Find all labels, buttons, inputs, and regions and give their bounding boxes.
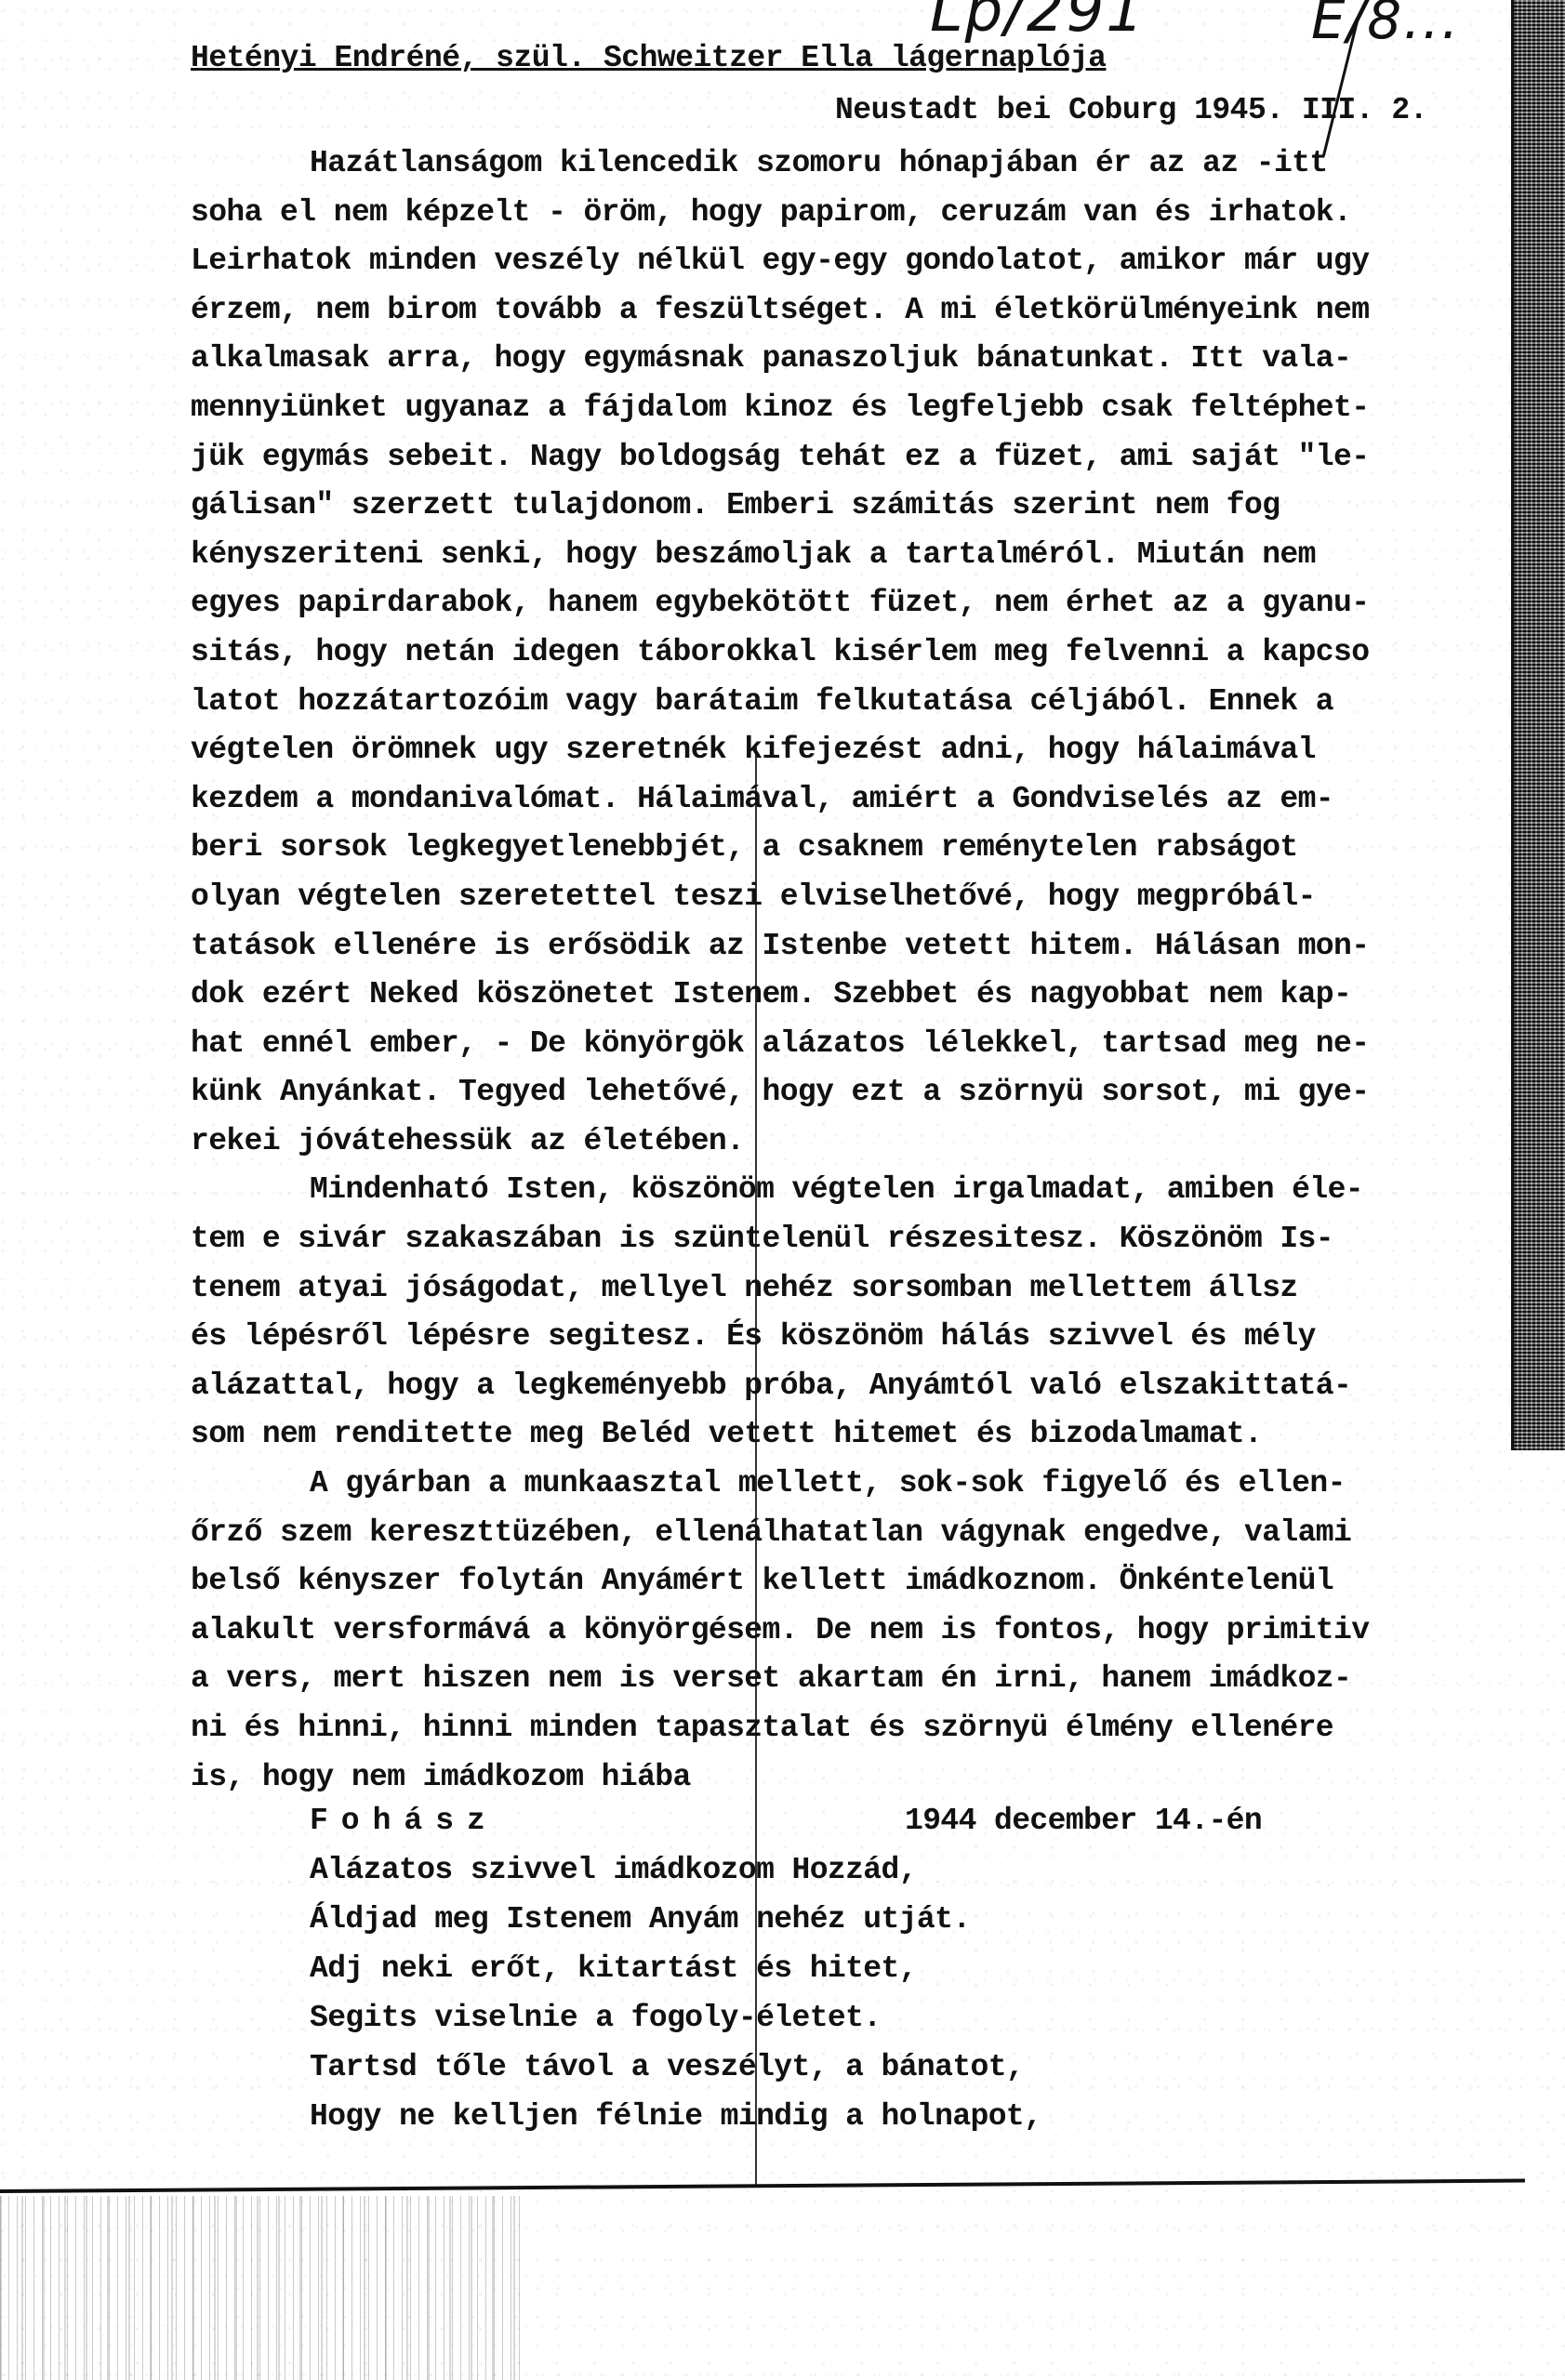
scanned-page: Lp/291 E/8... Hetényi Endréné, szül. Sch… xyxy=(0,0,1565,2380)
text-line: Leirhatok minden veszély nélkül egy-egy … xyxy=(191,237,1511,286)
poem: Fohász 1944 december 14.-én Alázatos szi… xyxy=(310,1796,1426,2141)
text-line: és lépésről lépésre segitesz. És köszönö… xyxy=(191,1313,1511,1362)
text-line: egyes papirdarabok, hanem egybekötött fü… xyxy=(191,579,1511,628)
text-line: latot hozzátartozóim vagy barátaim felku… xyxy=(191,678,1511,727)
text-line: alázattal, hogy a legkeményebb próba, An… xyxy=(191,1362,1511,1411)
poem-line: Tartsd tőle távol a veszélyt, a bánatot, xyxy=(310,2043,1426,2092)
text-line: jük egymás sebeit. Nagy boldogság tehát … xyxy=(191,433,1511,483)
text-line: tem e sivár szakaszában is szüntelenül r… xyxy=(191,1215,1511,1264)
scan-border-strip xyxy=(1511,0,1565,1450)
poem-line: Hogy ne kelljen félnie mindig a holnapot… xyxy=(310,2092,1426,2141)
place-date: Neustadt bei Coburg 1945. III. 2. xyxy=(835,93,1427,127)
text-line: mennyiünket ugyanaz a fájdalom kinoz és … xyxy=(191,384,1511,433)
text-line: alakult versformává a könyörgésem. De ne… xyxy=(191,1606,1511,1656)
text-line: künk Anyánkat. Tegyed lehetővé, hogy ezt… xyxy=(191,1068,1511,1117)
text-line: A gyárban a munkaasztal mellett, sok-sok… xyxy=(191,1460,1511,1509)
poem-header: Fohász 1944 december 14.-én xyxy=(310,1796,1426,1845)
text-line: olyan végtelen szeretettel teszi elvisel… xyxy=(191,873,1511,922)
poem-line: Segits viselnie a fogoly-életet. xyxy=(310,1993,1426,2043)
document-title: Hetényi Endréné, szül. Schweitzer Ella l… xyxy=(191,41,1106,75)
text-line: kezdem a mondanivalómat. Hálaimával, ami… xyxy=(191,775,1511,825)
text-line: hat ennél ember, - De könyörgök alázatos… xyxy=(191,1020,1511,1069)
poem-title: Fohász xyxy=(310,1796,905,1845)
text-line: is, hogy nem imádkozom hiába xyxy=(191,1753,1511,1803)
text-line: a vers, mert hiszen nem is verset akarta… xyxy=(191,1655,1511,1704)
text-line: alkalmasak arra, hogy egymásnak panaszol… xyxy=(191,335,1511,384)
text-line: tatások ellenére is erősödik az Istenbe … xyxy=(191,922,1511,972)
text-line: sitás, hogy netán idegen táborokkal kisé… xyxy=(191,628,1511,678)
text-line: beri sorsok legkegyetlenebbjét, a csakne… xyxy=(191,824,1511,873)
text-line: dok ezért Neked köszönetet Istenem. Szeb… xyxy=(191,971,1511,1020)
diary-body: Hazátlanságom kilencedik szomoru hónapjá… xyxy=(191,139,1511,1802)
poem-line: Áldjad meg Istenem Anyám nehéz utját. xyxy=(310,1895,1426,1944)
text-line: belső kényszer folytán Anyámért kellett … xyxy=(191,1557,1511,1606)
paper-bottom-edge xyxy=(0,2179,1525,2193)
scan-noise xyxy=(0,2196,521,2380)
poem-line: Adj neki erőt, kitartást és hitet, xyxy=(310,1944,1426,1993)
text-line: kényszeriteni senki, hogy beszámoljak a … xyxy=(191,531,1511,580)
text-line: ni és hinni, hinni minden tapasztalat és… xyxy=(191,1704,1511,1753)
text-line: érzem, nem birom tovább a feszültséget. … xyxy=(191,286,1511,336)
text-line: Hazátlanságom kilencedik szomoru hónapjá… xyxy=(191,139,1511,189)
poem-lines: Alázatos szivvel imádkozom Hozzád,Áldjad… xyxy=(310,1845,1426,2141)
poem-date: 1944 december 14.-én xyxy=(905,1796,1262,1845)
poem-line: Alázatos szivvel imádkozom Hozzád, xyxy=(310,1845,1426,1895)
text-line: végtelen örömnek ugy szeretnék kifejezés… xyxy=(191,726,1511,775)
text-line: rekei jóvátehessük az életében. xyxy=(191,1117,1511,1167)
text-line: soha el nem képzelt - öröm, hogy papirom… xyxy=(191,189,1511,238)
text-line: som nem renditette meg Beléd vetett hite… xyxy=(191,1410,1511,1460)
handwritten-archive-mark: Lp/291 xyxy=(930,0,1146,41)
handwritten-archive-mark: E/8... xyxy=(1311,0,1460,46)
text-line: gálisan" szerzett tulajdonom. Emberi szá… xyxy=(191,482,1511,531)
text-line: őrző szem kereszttüzében, ellenálhatatla… xyxy=(191,1509,1511,1558)
text-line: Mindenható Isten, köszönöm végtelen irga… xyxy=(191,1166,1511,1215)
text-line: tenem atyai jóságodat, mellyel nehéz sor… xyxy=(191,1264,1511,1314)
